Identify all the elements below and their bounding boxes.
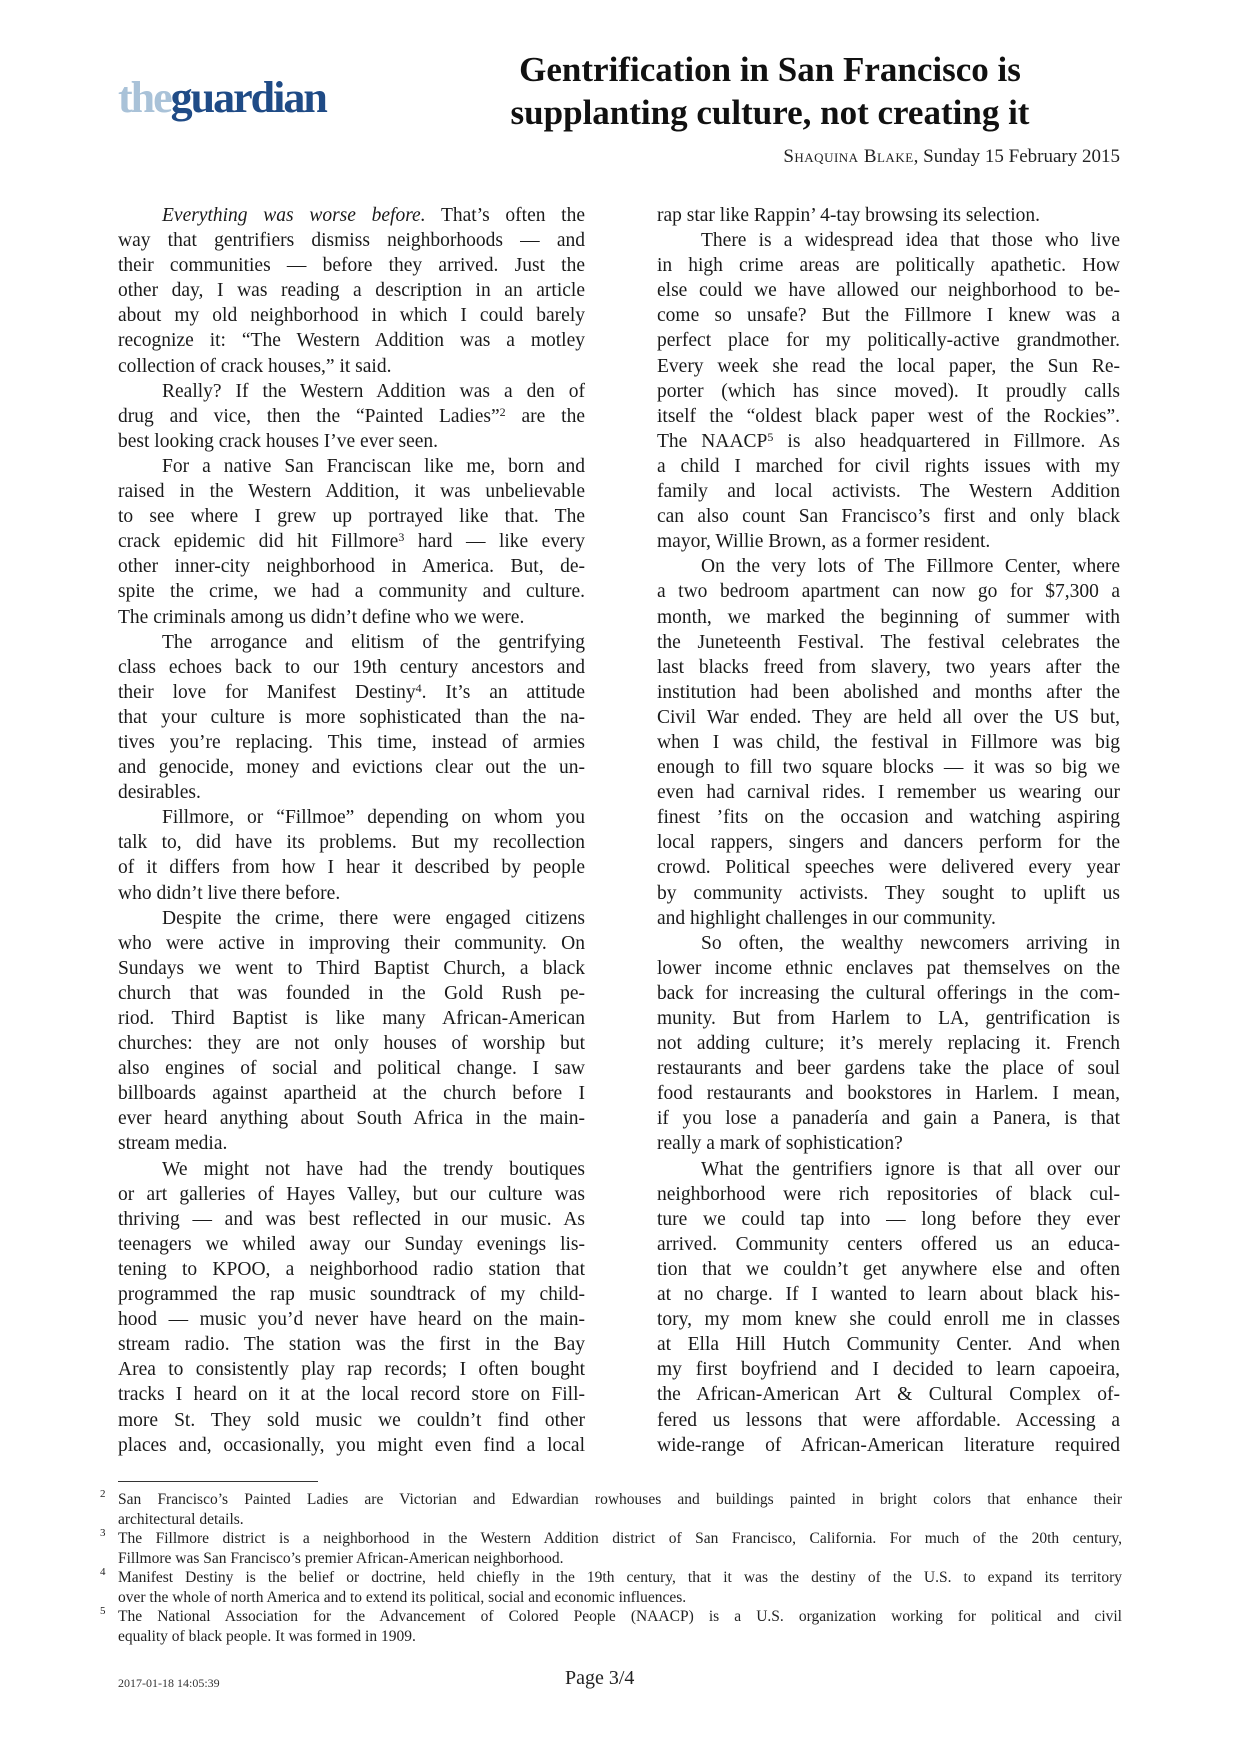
text-line: Civil War ended. They are held all over … [657, 705, 1120, 730]
text-line: spite the crime, we had a community and … [118, 579, 585, 604]
text-line: class echoes back to our 19th century an… [118, 655, 585, 680]
text-line: On the very lots of The Fillmore Center,… [657, 554, 1120, 579]
page-number: Page 3/4 [565, 1667, 634, 1690]
text-line: desirables. [118, 780, 585, 805]
text-line: and highlight challenges in our communit… [657, 906, 1120, 931]
text-line: Despite the crime, there were engaged ci… [118, 906, 585, 931]
logo-guardian: guardian [171, 73, 326, 122]
text-line: collection of crack houses,” it said. [118, 354, 585, 379]
text-line: talk to, did have its problems. But my r… [118, 830, 585, 855]
text-line: Really? If the Western Addition was a de… [118, 379, 585, 404]
text-line: their love for Manifest Destiny4. It’s a… [118, 680, 585, 705]
guardian-logo: theguardian [118, 72, 326, 124]
text-line: Area to consistently play rap records; I… [118, 1357, 585, 1382]
text-line: fered us lessons that were affordable. A… [657, 1408, 1120, 1433]
author-name: Shaquina Blake [783, 146, 913, 167]
text-line: stream radio. The station was the first … [118, 1332, 585, 1357]
text-line: also engines of social and political cha… [118, 1056, 585, 1081]
text-line: when I was child, the festival in Fillmo… [657, 730, 1120, 755]
footnote-text: equality of black people. It was formed … [118, 1627, 1122, 1647]
text-line: in high crime areas are politically apat… [657, 253, 1120, 278]
text-line: Every week she read the local paper, the… [657, 354, 1120, 379]
text-line: For a native San Franciscan like me, bor… [118, 454, 585, 479]
text-line: So often, the wealthy newcomers arriving… [657, 931, 1120, 956]
text-line: What the gentrifiers ignore is that all … [657, 1157, 1120, 1182]
text-line: The NAACP5 is also headquartered in Fill… [657, 429, 1120, 454]
text-line: the African-American Art & Cultural Comp… [657, 1382, 1120, 1407]
text-line: institution had been abolished and month… [657, 680, 1120, 705]
text-line: month, we marked the beginning of summer… [657, 605, 1120, 630]
text-line: local rappers, singers and dancers perfo… [657, 830, 1120, 855]
text-line: tion that we couldn’t get anywhere else … [657, 1257, 1120, 1282]
byline: Shaquina Blake, Sunday 15 February 2015 [783, 146, 1120, 168]
text-line: raised in the Western Addition, it was u… [118, 479, 585, 504]
text-line: other day, I was reading a description i… [118, 278, 585, 303]
text-line: lower income ethnic enclaves pat themsel… [657, 956, 1120, 981]
text-line: if you lose a panadería and gain a Paner… [657, 1106, 1120, 1131]
title-line-1: Gentrification in San Francisco is [440, 48, 1100, 91]
footnote-number: 3 [100, 1527, 106, 1539]
text-line: places and, occasionally, you might even… [118, 1433, 585, 1458]
footnote-text: The National Association for the Advance… [118, 1607, 1122, 1627]
text-line: itself the “oldest black paper west of t… [657, 404, 1120, 429]
footnote-text: Fillmore was San Francisco’s premier Afr… [118, 1549, 1122, 1569]
text-line: perfect place for my politically-active … [657, 328, 1120, 353]
text-line: crack epidemic did hit Fillmore3 hard — … [118, 529, 585, 554]
text-line: Fillmore, or “Fillmoe” depending on whom… [118, 805, 585, 830]
text-line: The arrogance and elitism of the gentrif… [118, 630, 585, 655]
logo-the: the [118, 73, 171, 122]
footnote-number: 5 [100, 1605, 106, 1617]
publish-date: , Sunday 15 February 2015 [914, 146, 1120, 167]
text-line: their communities — before they arrived.… [118, 253, 585, 278]
text-line: or art galleries of Hayes Valley, but ou… [118, 1182, 585, 1207]
footnote: 2San Francisco’s Painted Ladies are Vict… [100, 1490, 1122, 1529]
text-line: hood — music you’d never have heard on t… [118, 1307, 585, 1332]
text-line: way that gentrifiers dismiss neighborhoo… [118, 228, 585, 253]
text-line: We might not have had the trendy boutiqu… [118, 1157, 585, 1182]
text-line: Sundays we went to Third Baptist Church,… [118, 956, 585, 981]
text-line: drug and vice, then the “Painted Ladies”… [118, 404, 585, 429]
text-line: thriving — and was best reflected in our… [118, 1207, 585, 1232]
text-line: tracks I heard on it at the local record… [118, 1382, 585, 1407]
text-line: porter (which has since moved). It proud… [657, 379, 1120, 404]
text-line: churches: they are not only houses of wo… [118, 1031, 585, 1056]
text-line: even had carnival rides. I remember us w… [657, 780, 1120, 805]
text-line: best looking crack houses I’ve ever seen… [118, 429, 585, 454]
text-line: food restaurants and bookstores in Harle… [657, 1081, 1120, 1106]
footnote-text: The Fillmore district is a neighborhood … [118, 1529, 1122, 1549]
text-line: of it differs from how I hear it describ… [118, 855, 585, 880]
text-line: rap star like Rappin’ 4-tay browsing its… [657, 203, 1120, 228]
text-line: billboards against apartheid at the chur… [118, 1081, 585, 1106]
text-line: who were active in improving their commu… [118, 931, 585, 956]
text-line: about my old neighborhood in which I cou… [118, 303, 585, 328]
text-line: riod. Third Baptist is like many African… [118, 1006, 585, 1031]
text-line: tening to KPOO, a neighborhood radio sta… [118, 1257, 585, 1282]
text-line: finest ’fits on the occasion and watchin… [657, 805, 1120, 830]
text-line: church that was founded in the Gold Rush… [118, 981, 585, 1006]
text-line: enough to fill two square blocks — it wa… [657, 755, 1120, 780]
text-line: arrived. Community centers offered us an… [657, 1232, 1120, 1257]
text-line: and genocide, money and evictions clear … [118, 755, 585, 780]
footnote-rule [118, 1481, 318, 1482]
text-line: a child I marched for civil rights issue… [657, 454, 1120, 479]
text-line: teenagers we whiled away our Sunday even… [118, 1232, 585, 1257]
text-line: recognize it: “The Western Addition was … [118, 328, 585, 353]
article-column-left: Everything was worse before. That’s ofte… [118, 203, 585, 1458]
text-line: else could we have allowed our neighborh… [657, 278, 1120, 303]
footnote-number: 2 [100, 1488, 106, 1500]
text-line: crowd. Political speeches were delivered… [657, 855, 1120, 880]
text-line: come so unsafe? But the Fillmore I knew … [657, 303, 1120, 328]
article-column-right: rap star like Rappin’ 4-tay browsing its… [657, 203, 1120, 1458]
text-line: the Juneteenth Festival. The festival ce… [657, 630, 1120, 655]
text-line: The criminals among us didn’t define who… [118, 605, 585, 630]
text-line: tory, my mom knew she could enroll me in… [657, 1307, 1120, 1332]
footnote-text: Manifest Destiny is the belief or doctri… [118, 1568, 1122, 1588]
text-line: who didn’t live there before. [118, 881, 585, 906]
text-line: other inner-city neighborhood in America… [118, 554, 585, 579]
text-line: neighborhood were rich repositories of b… [657, 1182, 1120, 1207]
text-line: last blacks freed from slavery, two year… [657, 655, 1120, 680]
title-line-2: supplanting culture, not creating it [440, 91, 1100, 134]
text-line: Everything was worse before. That’s ofte… [118, 203, 585, 228]
text-line: at Ella Hill Hutch Community Center. And… [657, 1332, 1120, 1357]
article-title: Gentrification in San Francisco is suppl… [440, 48, 1100, 134]
text-line: wide-range of African-American literatur… [657, 1433, 1120, 1458]
text-line: to see where I grew up portrayed like th… [118, 504, 585, 529]
text-line: family and local activists. The Western … [657, 479, 1120, 504]
footnotes: 2San Francisco’s Painted Ladies are Vict… [100, 1490, 1122, 1646]
text-line: back for increasing the cultural offerin… [657, 981, 1120, 1006]
footnote-number: 4 [100, 1566, 106, 1578]
text-line: that your culture is more sophisticated … [118, 705, 585, 730]
footnote: 4Manifest Destiny is the belief or doctr… [100, 1568, 1122, 1607]
footnote: 3The Fillmore district is a neighborhood… [100, 1529, 1122, 1568]
text-line: a two bedroom apartment can now go for $… [657, 579, 1120, 604]
text-line: ture we could tap into — long before the… [657, 1207, 1120, 1232]
text-line: by community activists. They sought to u… [657, 881, 1120, 906]
footnote-text: architectural details. [118, 1510, 1122, 1530]
text-line: restaurants and beer gardens take the pl… [657, 1056, 1120, 1081]
text-line: my first boyfriend and I decided to lear… [657, 1357, 1120, 1382]
text-line: more St. They sold music we couldn’t fin… [118, 1408, 585, 1433]
text-line: programmed the rap music soundtrack of m… [118, 1282, 585, 1307]
footnote: 5The National Association for the Advanc… [100, 1607, 1122, 1646]
text-line: ever heard anything about South Africa i… [118, 1106, 585, 1131]
text-line: can also count San Francisco’s first and… [657, 504, 1120, 529]
print-timestamp: 2017-01-18 14:05:39 [118, 1676, 220, 1691]
text-line: tives you’re replacing. This time, inste… [118, 730, 585, 755]
footnote-text: San Francisco’s Painted Ladies are Victo… [118, 1490, 1122, 1510]
text-line: really a mark of sophistication? [657, 1131, 1120, 1156]
text-line: not adding culture; it’s merely replacin… [657, 1031, 1120, 1056]
footnote-text: over the whole of north America and to e… [118, 1588, 1122, 1608]
text-line: stream media. [118, 1131, 585, 1156]
text-line: mayor, Willie Brown, as a former residen… [657, 529, 1120, 554]
text-line: There is a widespread idea that those wh… [657, 228, 1120, 253]
text-line: munity. But from Harlem to LA, gentrific… [657, 1006, 1120, 1031]
text-line: at no charge. If I wanted to learn about… [657, 1282, 1120, 1307]
